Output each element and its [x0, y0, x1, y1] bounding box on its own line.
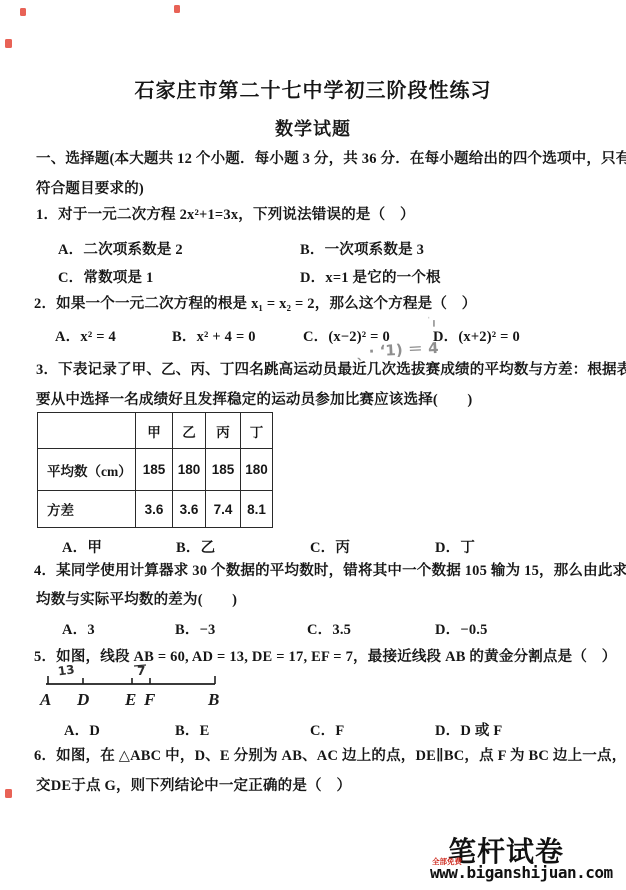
- table-cell: 8.1: [241, 491, 273, 528]
- table-cell: 甲: [136, 413, 173, 449]
- option-2d: D．(x+2)² = 0: [433, 325, 520, 346]
- table-cell: 丙: [206, 413, 241, 449]
- table-cell: 方差: [38, 491, 136, 528]
- table-cell: 180: [173, 449, 206, 491]
- question-2-stem: 2．如果一个一元二次方程的根是 x₁ = x₂ = 2，那么这个方程是（ ）: [34, 295, 476, 313]
- red-speck: [5, 39, 12, 48]
- question-2-options-row: A．x² = 4 B．x² + 4 = 0 C．(x−2)² = 0 D．(x+…: [0, 325, 626, 345]
- question-1-options-row1: A．二次项系数是 2 B．一次项系数是 3: [0, 238, 626, 258]
- question-1-options-row2: C．常数项是 1 D．x=1 是它的一个根: [0, 266, 626, 286]
- table-cell: 丁: [241, 413, 273, 449]
- page-title: 石家庄市第二十七中学初三阶段性练习: [0, 74, 626, 103]
- table-cell: 185: [206, 449, 241, 491]
- red-speck: [174, 5, 180, 13]
- table-cell: 乙: [173, 413, 206, 449]
- table-header-row: 甲 乙 丙 丁: [38, 413, 273, 449]
- question-6-stem-line2: 交DE于点 G，则下列结论中一定正确的是（ ）: [36, 777, 351, 795]
- option-3a: A．甲: [62, 536, 102, 557]
- option-2a: A．x² = 4: [55, 325, 116, 346]
- option-1b: B．一次项系数是 3: [300, 238, 424, 259]
- question-3-options-row: A．甲 B．乙 C．丙 D．丁: [0, 536, 626, 556]
- option-1c: C．常数项是 1: [58, 266, 153, 287]
- option-1a: A．二次项系数是 2: [58, 238, 183, 259]
- option-5a: A．D: [64, 719, 100, 740]
- option-4b: B．−3: [175, 618, 215, 639]
- table-cell: 平均数（cm）: [38, 449, 136, 491]
- table-cell: 185: [136, 449, 173, 491]
- option-3c: C．丙: [310, 536, 350, 557]
- page-subtitle: 数学试题: [0, 115, 626, 141]
- option-1d: D．x=1 是它的一个根: [300, 266, 441, 287]
- red-speck: [20, 8, 26, 16]
- question-3-stem-line2: 要从中选择一名成绩好且发挥稳定的运动员参加比赛应该选择( ): [36, 391, 472, 409]
- question-5-options-row: A．D B．E C．F D．D 或 F: [0, 719, 626, 739]
- table-row-average: 平均数（cm） 185 180 185 180: [38, 449, 273, 491]
- table-row-variance: 方差 3.6 3.6 7.4 8.1: [38, 491, 273, 528]
- pencil-note: ˎ · ʻ1) ＝ 4: [356, 337, 440, 362]
- exam-page: 石家庄市第二十七中学初三阶段性练习 数学试题 一、选择题(本大题共 12 个小题…: [0, 0, 626, 890]
- label-D: D: [76, 690, 89, 709]
- table-cell: 3.6: [136, 491, 173, 528]
- question-1-stem: 1．对于一元二次方程 2x²+1=3x，下列说法错误的是（ ）: [36, 206, 415, 224]
- table-cell: 7.4: [206, 491, 241, 528]
- table-cell: 180: [241, 449, 273, 491]
- red-speck: [5, 789, 12, 798]
- option-4c: C．3.5: [307, 618, 351, 639]
- option-4d: D．−0.5: [435, 618, 488, 639]
- label-A: A: [39, 690, 51, 709]
- option-3b: B．乙: [176, 536, 215, 557]
- table-cell: [38, 413, 136, 449]
- option-3d: D．丁: [435, 536, 475, 557]
- label-E: E: [124, 690, 136, 709]
- label-F: F: [143, 690, 156, 709]
- section-intro-line2: 符合题目要求的): [36, 180, 144, 198]
- handwritten-13: 13: [57, 664, 75, 678]
- question-4-stem-line1: 4．某同学使用计算器求 30 个数据的平均数时，错将其中一个数据 105 输为 …: [34, 562, 626, 580]
- watermark-url: www.biganshijuan.com: [430, 863, 613, 882]
- question-4-options-row: A．3 B．−3 C．3.5 D．−0.5: [0, 618, 626, 638]
- option-5c: C．F: [310, 719, 344, 740]
- label-B: B: [207, 690, 219, 709]
- segment-figure: 13 7 A D E F B: [36, 664, 236, 712]
- option-5b: B．E: [175, 719, 209, 740]
- question-6-stem-line1: 6．如图，在 △ABC 中，D、E 分别为 AB、AC 边上的点，DE∥BC，点…: [34, 747, 626, 765]
- question-4-stem-line2: 均数与实际平均数的差为( ): [36, 591, 237, 609]
- q3-statistics-table: 甲 乙 丙 丁 平均数（cm） 185 180 185 180 方差 3.6 3…: [37, 412, 273, 528]
- table-cell: 3.6: [173, 491, 206, 528]
- option-2b: B．x² + 4 = 0: [172, 325, 256, 346]
- section-intro-line1: 一、选择题(本大题共 12 个小题．每小题 3 分，共 36 分．在每小题给出的…: [36, 150, 626, 168]
- question-3-stem-line1: 3．下表记录了甲、乙、丙、丁四名跳高运动员最近几次选拔赛成绩的平均数与方差：根据…: [36, 361, 626, 379]
- option-5d: D．D 或 F: [435, 719, 502, 740]
- option-4a: A．3: [62, 618, 95, 639]
- pencil-tick-mark: ˈ╻: [427, 314, 437, 327]
